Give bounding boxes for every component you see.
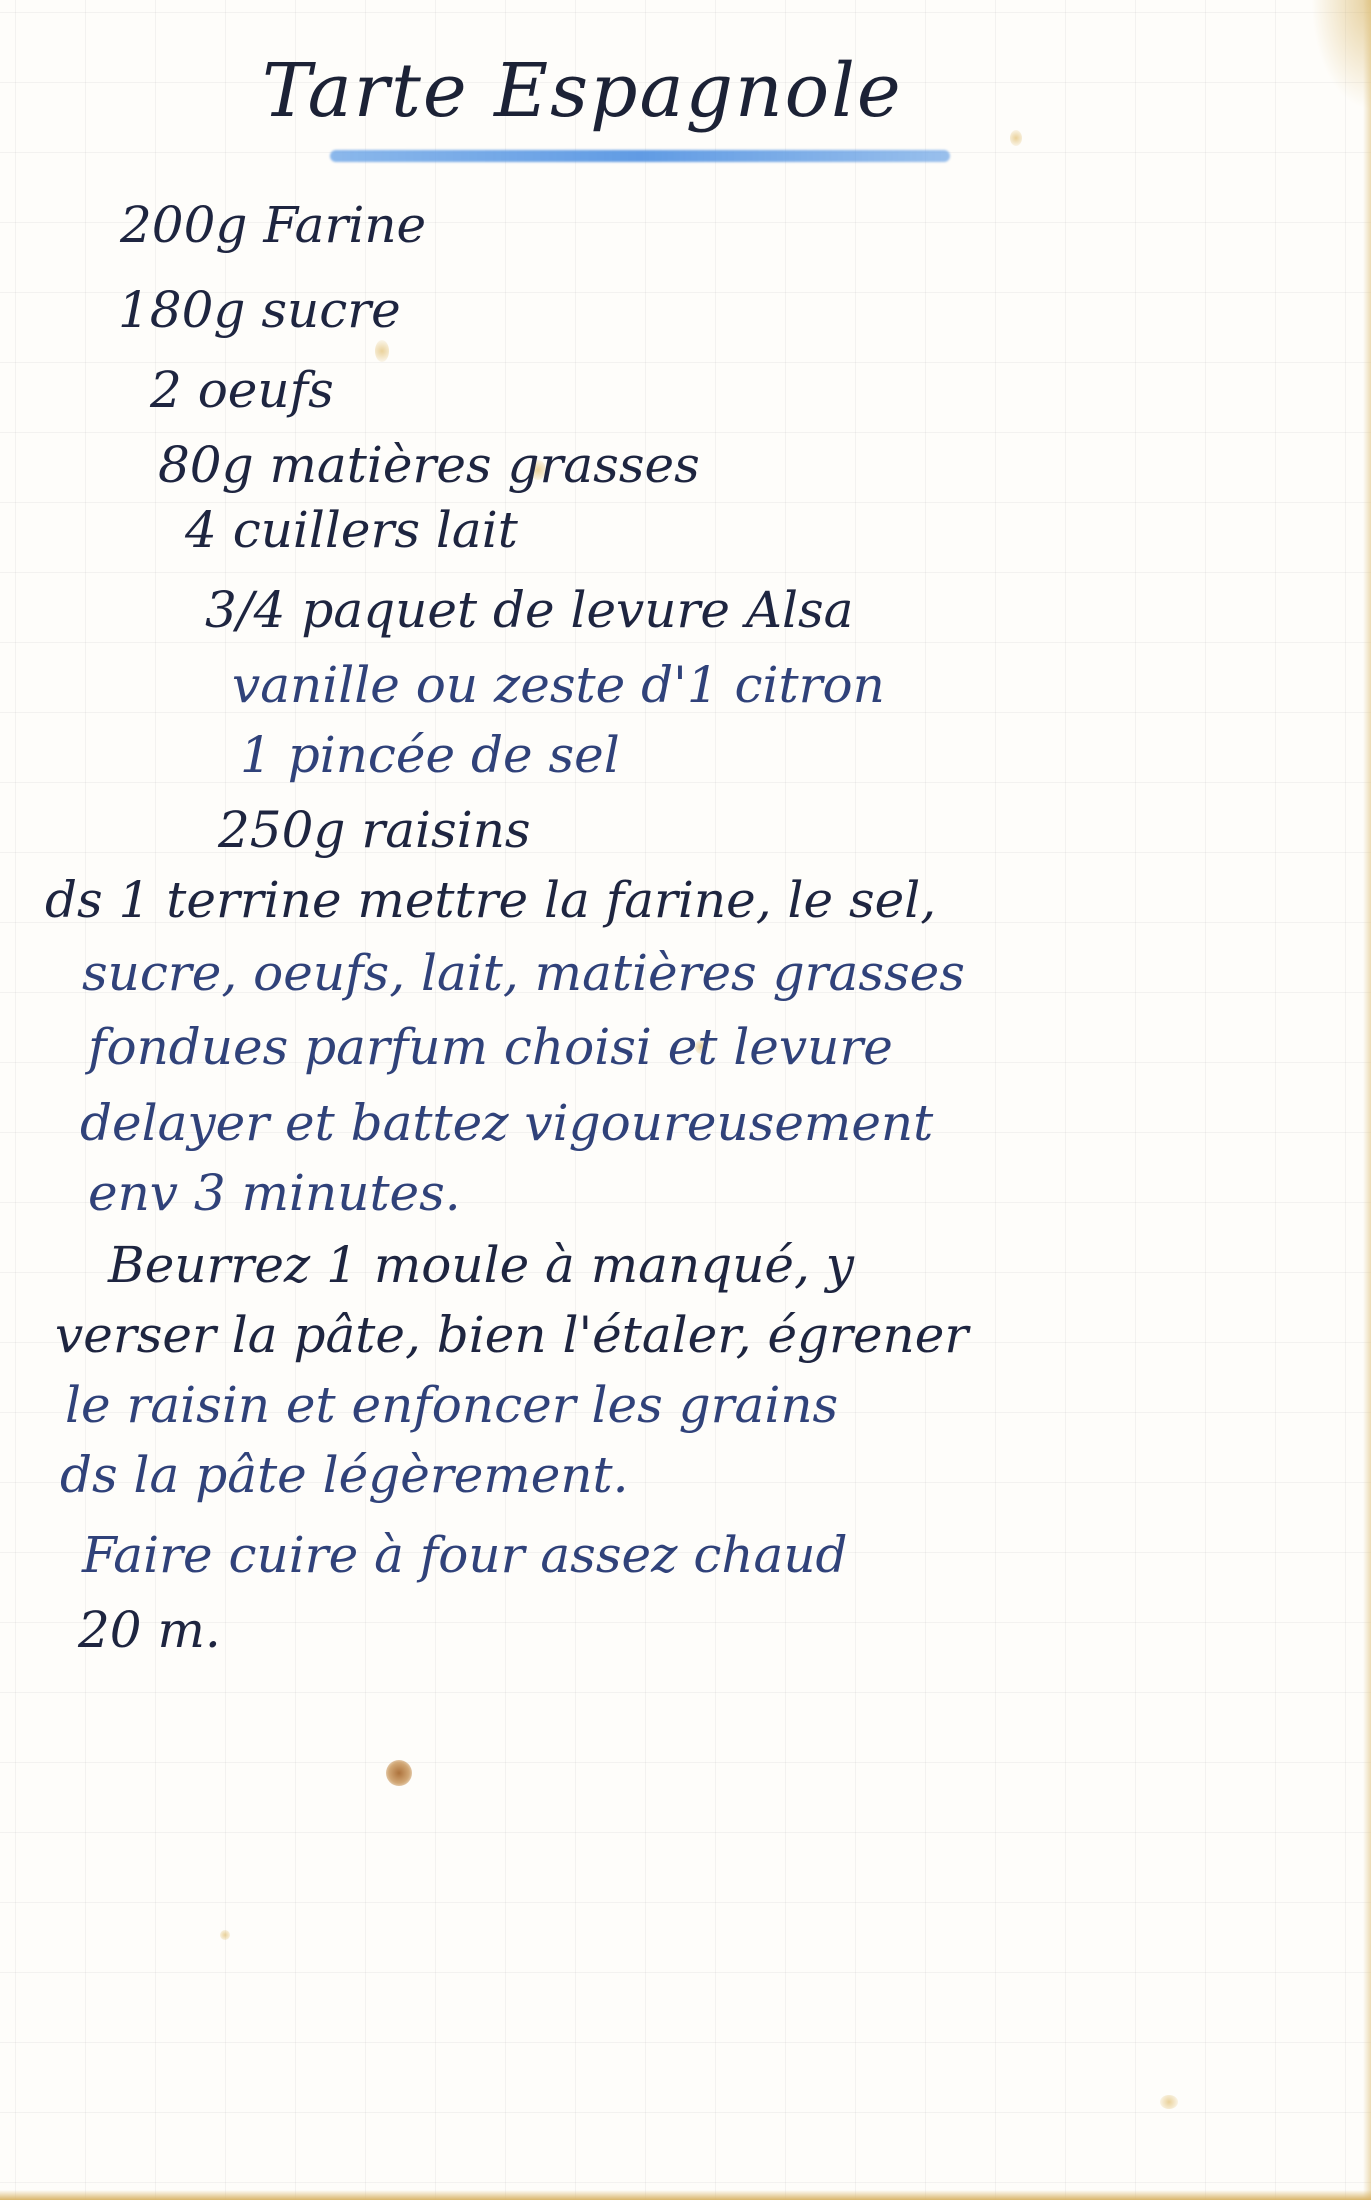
ingredient-line: 200g Farine bbox=[120, 200, 426, 250]
ingredient-line: 2 oeufs bbox=[150, 365, 334, 415]
instruction-line: Beurrez 1 moule à manqué, y bbox=[108, 1240, 854, 1290]
instruction-line: ds la pâte légèrement. bbox=[60, 1450, 629, 1500]
ingredient-line: 250g raisins bbox=[218, 805, 531, 855]
title-underline bbox=[330, 150, 950, 162]
ingredient-line: vanille ou zeste d'1 citron bbox=[232, 660, 885, 710]
paper-speck bbox=[220, 1930, 230, 1940]
recipe-card: Tarte Espagnole 200g Farine 180g sucre 2… bbox=[0, 0, 1371, 2200]
instruction-line: 20 m. bbox=[78, 1605, 221, 1655]
instruction-line: fondues parfum choisi et levure bbox=[88, 1022, 893, 1072]
instruction-line: env 3 minutes. bbox=[88, 1168, 461, 1218]
instruction-line: verser la pâte, bien l'étaler, égrener bbox=[55, 1310, 968, 1360]
instruction-line: le raisin et enfoncer les grains bbox=[65, 1380, 838, 1430]
paper-edge-bottom bbox=[0, 2190, 1371, 2200]
ingredient-line: 4 cuillers lait bbox=[185, 505, 518, 555]
ingredient-line: 1 pincée de sel bbox=[240, 730, 620, 780]
ingredient-line: 3/4 paquet de levure Alsa bbox=[205, 585, 853, 635]
instruction-line: delayer et battez vigoureusement bbox=[80, 1098, 933, 1148]
paper-speck bbox=[1010, 130, 1022, 146]
ingredient-line: 180g sucre bbox=[118, 285, 401, 335]
instruction-line: sucre, oeufs, lait, matières grasses bbox=[82, 948, 965, 998]
instruction-line: Faire cuire à four assez chaud bbox=[82, 1530, 848, 1580]
paper-edge-right bbox=[1363, 0, 1371, 2200]
brown-stain bbox=[386, 1760, 412, 1786]
instruction-line: ds 1 terrine mettre la farine, le sel, bbox=[45, 875, 936, 925]
recipe-title: Tarte Espagnole bbox=[262, 48, 903, 134]
paper-stain-corner bbox=[1311, 0, 1371, 110]
paper-speck bbox=[1160, 2095, 1178, 2109]
ingredient-line: 80g matières grasses bbox=[158, 440, 700, 490]
paper-speck bbox=[375, 340, 389, 362]
